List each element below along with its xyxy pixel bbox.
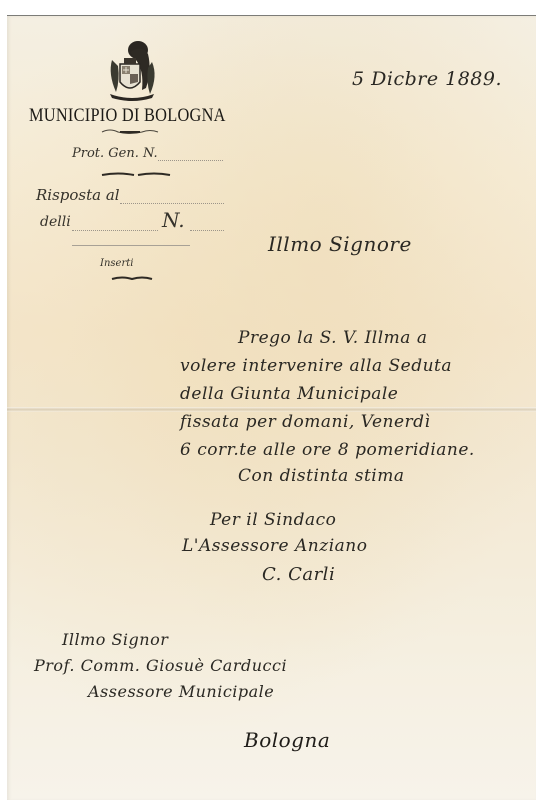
reply-to-label: Risposta al — [36, 186, 120, 204]
number-field — [190, 230, 224, 231]
ornamental-flourish-icon — [100, 128, 160, 136]
signature-line: L'Assessore Anziano — [182, 536, 367, 556]
body-line: Prego la S. V. Illma a — [238, 328, 427, 348]
reply-to-field — [120, 203, 224, 204]
addressee-line: Assessore Municipale — [88, 682, 274, 701]
coat-of-arms-with-lion-icon — [104, 40, 160, 102]
addressee-city: Bologna — [244, 728, 330, 752]
ornamental-divider-icon — [100, 172, 172, 178]
date-of-field — [72, 230, 158, 231]
letter-date: 5 Dicbre 1889. — [352, 68, 502, 90]
protocol-label: Prot. Gen. N. — [72, 146, 158, 161]
number-label: N. — [162, 208, 185, 232]
closing-line: Con distinta stima — [238, 466, 404, 486]
institution-name: MUNICIPIO DI BOLOGNA — [29, 105, 226, 127]
addressee-line: Illmo Signor — [62, 630, 168, 649]
signature-name: C. Carli — [262, 564, 335, 585]
body-line: 6 corr.te alle ore 8 pomeridiane. — [180, 440, 475, 460]
separator-line — [72, 245, 190, 246]
body-line: della Giunta Municipale — [180, 384, 398, 404]
body-line: fissata per domani, Venerdì — [180, 412, 430, 432]
body-line: volere intervenire alla Seduta — [180, 356, 452, 376]
date-of-label: delli — [40, 214, 71, 230]
signature-line: Per il Sindaco — [210, 510, 336, 530]
protocol-number-field — [158, 160, 223, 161]
salutation: Illmo Signore — [268, 232, 412, 256]
addressee-line: Prof. Comm. Giosuè Carducci — [34, 656, 287, 675]
ornamental-divider-icon — [110, 276, 154, 281]
attachments-label: Inserti — [100, 258, 133, 269]
